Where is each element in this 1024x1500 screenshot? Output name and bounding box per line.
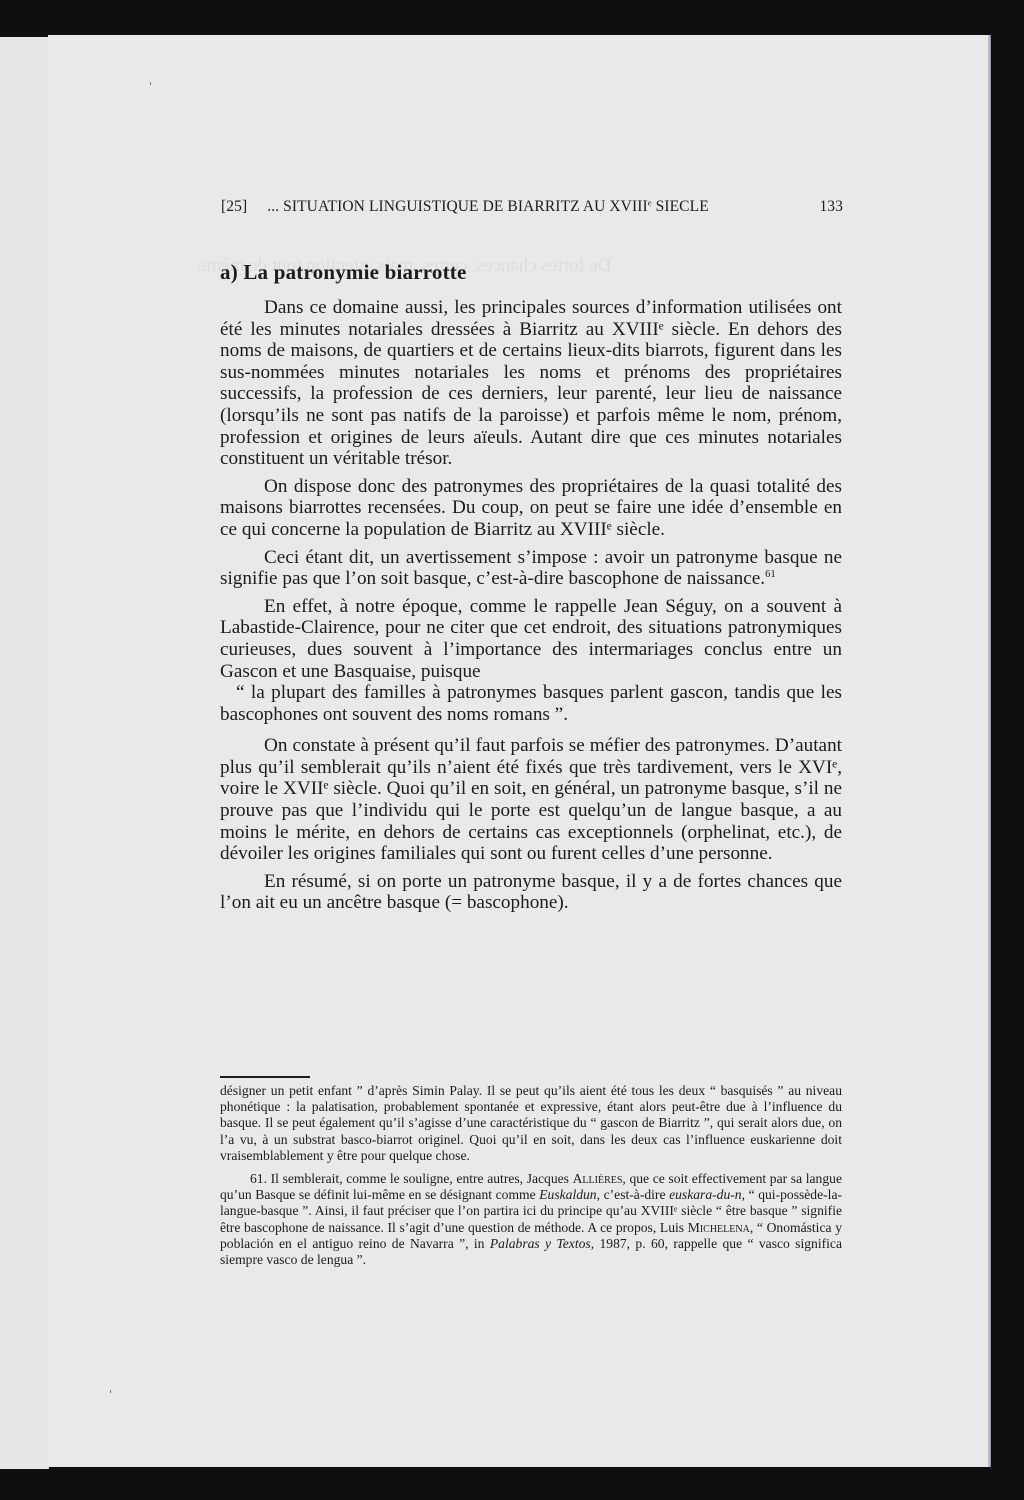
paragraph-2: On dispose donc des patronymes des propr… xyxy=(220,476,842,541)
paragraph-3: Ceci étant dit, un avertissement s’impos… xyxy=(220,547,842,590)
section-title: a) La patronymie biarrotte xyxy=(220,260,466,285)
left-page-edge xyxy=(0,37,49,1469)
footnote-text: c’est-à-dire xyxy=(600,1187,669,1202)
footnote-divider xyxy=(220,1076,310,1078)
book-title: Palabras y Textos, xyxy=(490,1236,594,1251)
italic-term: euskara-du-n, xyxy=(669,1187,745,1202)
page-number: 133 xyxy=(819,198,843,216)
dust-speck xyxy=(110,1390,111,1393)
footnotes: désigner un petit enfant ” d’après Simin… xyxy=(220,1083,842,1275)
running-title: ... SITUATION LINGUISTIQUE DE BIARRITZ A… xyxy=(267,198,819,216)
footnote-61: 61. Il semblerait, comme le souligne, en… xyxy=(220,1171,842,1268)
running-header: [25] ... SITUATION LINGUISTIQUE DE BIARR… xyxy=(221,198,843,216)
footnote-text: Il semblerait, comme le souligne, entre … xyxy=(267,1171,573,1186)
italic-term: Euskaldun, xyxy=(539,1187,600,1202)
quote-seguy: “ la plupart des familles à patronymes b… xyxy=(220,682,842,725)
body-text: Dans ce domaine aussi, les principales s… xyxy=(220,297,842,920)
author-name: Allières xyxy=(573,1171,623,1186)
paragraph-1: Dans ce domaine aussi, les principales s… xyxy=(220,297,842,470)
bracket-page-number: [25] xyxy=(221,198,247,216)
paragraph-6: En résumé, si on porte un patronyme basq… xyxy=(220,871,842,914)
running-title-end: SIECLE xyxy=(652,198,709,215)
dust-speck xyxy=(150,82,151,85)
paragraph-3-text: Ceci étant dit, un avertissement s’impos… xyxy=(220,547,842,590)
footnote-number: 61. xyxy=(250,1171,267,1186)
book-page: De fortes chances, certes, mais attentio… xyxy=(48,35,988,1467)
author-name: Michelena xyxy=(688,1220,750,1235)
paragraph-5: On constate à présent qu’il faut parfois… xyxy=(220,735,842,865)
paragraph-4: En effet, à notre époque, comme le rappe… xyxy=(220,596,842,682)
running-title-text: ... SITUATION LINGUISTIQUE DE BIARRITZ A… xyxy=(267,198,648,215)
footnote-continued: désigner un petit enfant ” d’après Simin… xyxy=(220,1083,842,1164)
footnote-ref-61[interactable]: 61 xyxy=(765,569,776,580)
